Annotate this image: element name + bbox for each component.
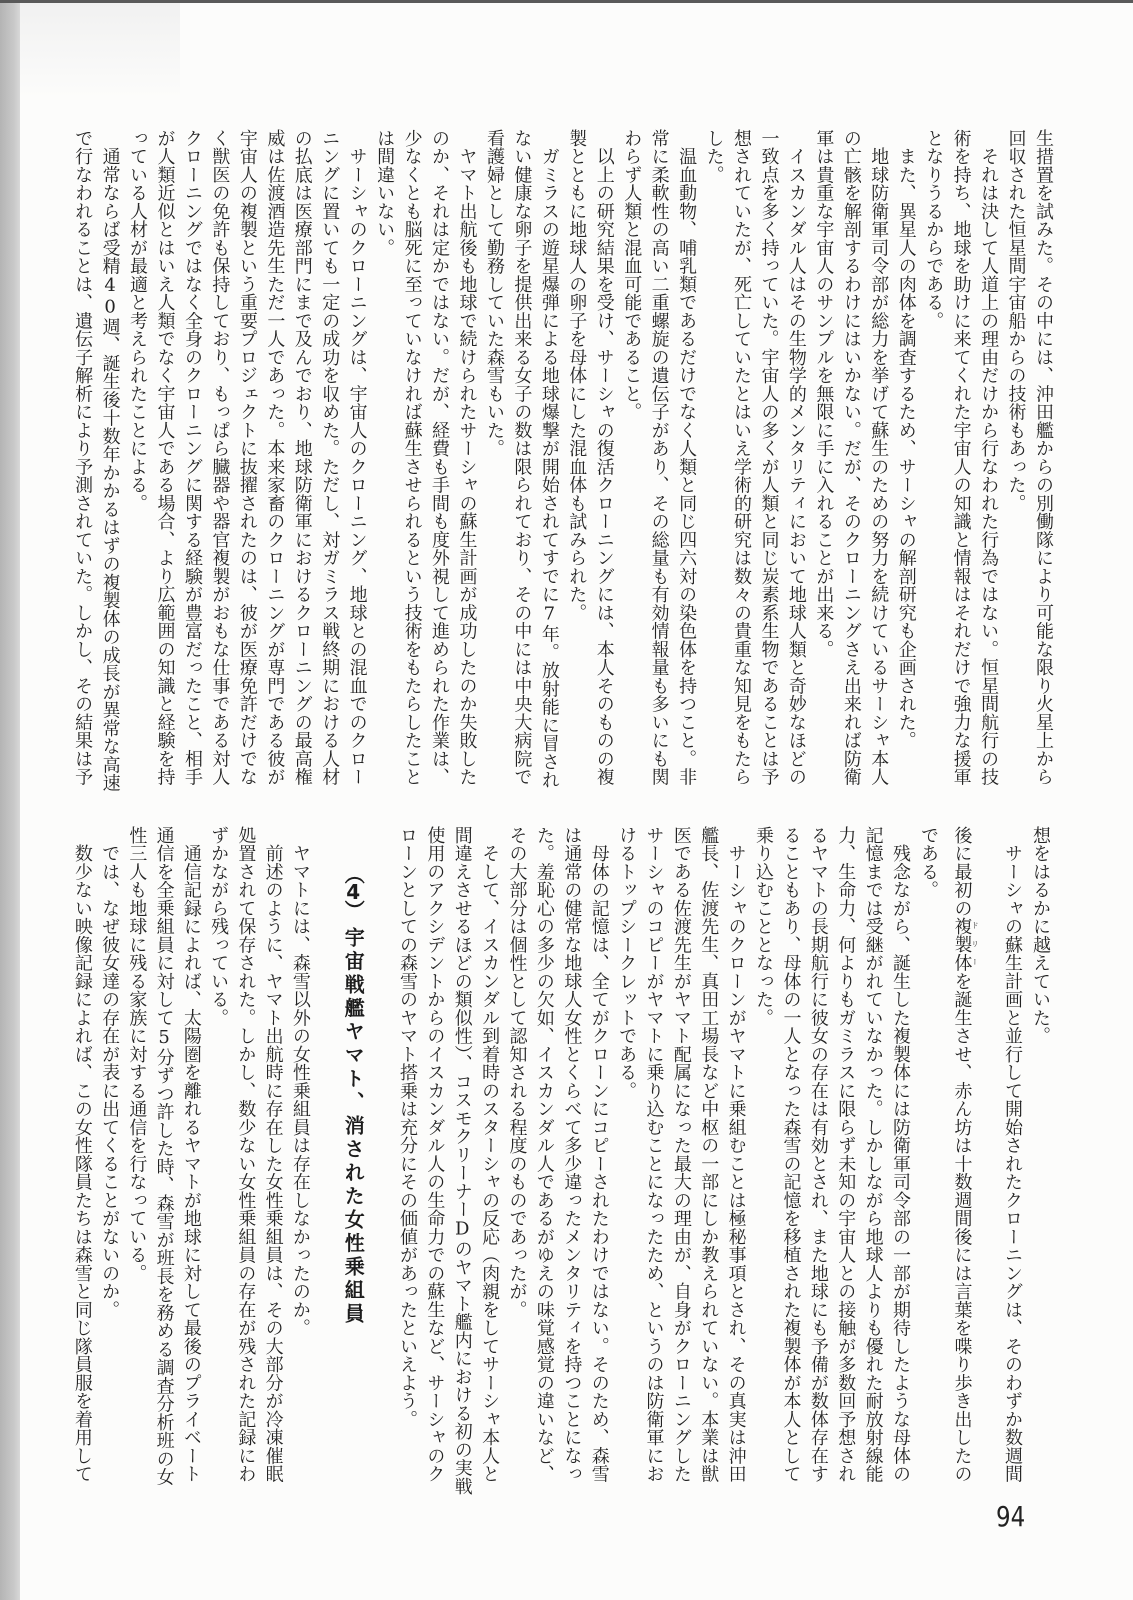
text-column: 以上の研究結果を受け、サーシャの復活クローニングには、本人そのものの複 — [590, 129, 617, 801]
text-column: 処置されて保存された。しかし、数少ない女性乗組員の存在が残された記録にわ — [232, 826, 259, 1498]
text-column: 数少ない映像記録によれば、この女性隊員たちは森雪と同じ隊員服を着用して — [69, 826, 96, 1498]
text-column: ヤマトには、森雪以外の女性乗組員は存在しなかったのか。 — [287, 826, 314, 1498]
text-column: クローニングではなく全身のクローニングに関する経験が豊富だったこと、相手 — [179, 129, 206, 801]
text-column: 使用のアクシデントからのイスカンダル人の生命力での蘇生など、サーシャのク — [421, 826, 448, 1498]
text-column: 宇宙人の複製という重要プロジェクトに抜擢されたのは、彼が医療免許だけでな — [233, 129, 260, 801]
text-column: 通常ならば受精40週、誕生後十数年かかるはずの複製体の成長が異常な高速 — [96, 129, 123, 801]
text-column: 想をはるかに越えていた。 — [1026, 826, 1054, 1498]
text-column: サーシャのコピーがヤマトに乗り込むことになったため、というのは防衛軍にお — [640, 826, 667, 1498]
text-column: 前述のように、ヤマト出航時に存在した女性乗組員は、その大部分が冷凍催眠 — [259, 826, 286, 1498]
text-column: サーシャのクローニングは、宇宙人のクローニング、地球との混血でのクロー — [343, 129, 370, 801]
text-column: た。羞恥心の多少の欠如、イスカンダル人であるがゆえの味覚感覚の違いなど、 — [531, 826, 558, 1498]
text-segment: 後に最初の — [952, 826, 973, 917]
text-column: 看護婦として勤務していた森雪もいた。 — [480, 129, 507, 801]
text-column: イスカンダル人はその生物学的メンタリティにおいて地球人類と奇妙なほどの — [782, 129, 809, 801]
text-column: その大部分は個性として認知される程度のものであったが。 — [503, 826, 530, 1498]
text-column: 間違えさせるほどの類似性）、コスモクリーナーDのヤマト艦内における初の実戦 — [448, 826, 475, 1498]
text-column: けるトップシークレットである。 — [613, 826, 640, 1498]
text-column: ヤマト出航後も地球で続けられたサーシャの蘇生計画が成功したのか失敗した — [453, 129, 480, 801]
text-column: それは決して人道上の理由だけから行なわれた行為ではない。恒星間航行の技 — [975, 129, 1002, 801]
text-column: るヤマトの長期航行に彼女の存在は有効とされ、また地球にも予備が数体存在す — [804, 826, 831, 1498]
text-column: 威は佐渡酒造先生ただ一人であった。本来家畜のクローニングが専門である彼が — [261, 129, 288, 801]
text-column: 想されていたが、死亡していたとはいえ学術的研究は数々の貴重な知見をもたら — [728, 129, 755, 801]
text-column: となりうるからである。 — [920, 129, 947, 801]
text-column: 記憶までは受継がれていなかった。しかしながら地球人よりも優れた耐放射線能 — [859, 826, 886, 1498]
bottom-text-section: 想をはるかに越えていた。 サーシャの蘇生計画と並行して開始されたクローニングは、… — [68, 826, 1054, 1506]
text-column: 母体の記憶は、全てがクローンにコピーされたわけではない。そのため、森雪 — [585, 826, 612, 1498]
text-segment: を誕生させ、赤ん坊は十数週間後には言葉を喋り歩き出したの — [952, 972, 973, 1483]
ruby-annotation: 複製体ドリー — [952, 917, 973, 972]
page-number: 94 — [996, 1500, 1025, 1533]
text-column: ずかながら残っている。 — [205, 826, 232, 1498]
section-heading-number: （4） — [338, 864, 368, 916]
text-column: が人類近似とはいえ人類でなく宇宙人である場合、より広範囲の知識と経験を持 — [151, 129, 178, 801]
text-column: わらず人類と混血可能であること。 — [618, 129, 645, 801]
text-column: 一致点を多く持っていた。宇宙人の多くが人類と同じ炭素系生物であることは予 — [755, 129, 782, 801]
text-column: サーシャの蘇生計画と並行して開始されたクローニングは、そのわずか数週間 — [998, 826, 1026, 1498]
text-column: 医である佐渡先生がヤマト配属になった最大の理由が、自身がクローニングした — [667, 826, 694, 1498]
text-column: ない健康な卵子を提供出来る女子の数は限られており、その中には中央大病院で — [508, 129, 535, 801]
text-column-with-ruby: 後に最初の複製体ドリーを誕生させ、赤ん坊は十数週間後には言葉を喋り歩き出したの — [951, 826, 979, 1498]
text-column: ニングに置いても一定の成功を収めた。ただし、対ガミラス戦終期における人材 — [316, 129, 343, 801]
text-column: 常に柔軟性の高い二重螺旋の遺伝子があり、その総量も有効情報量も多いにも関 — [645, 129, 672, 801]
text-column: ガミラスの遊星爆弾による地球爆撃が開始されてすでに7年。放射能に冒され — [535, 129, 562, 801]
text-column: 通信を全乗組員に対して5分ずつ許した時、森雪が班長を務める調査分析班の女 — [150, 826, 177, 1498]
text-column: の払底は医療部門にまで及んでおり、地球防衛軍におけるクローニングの最高権 — [288, 129, 315, 801]
scan-shading — [20, 3, 180, 98]
text-column: また、異星人の肉体を調査するため、サーシャの解剖研究も企画された。 — [892, 129, 919, 801]
ruby-text: ドリー — [971, 917, 980, 972]
text-column: は通常の健常な地球人女性とくらべて多少違ったメンタリティを持つことになっ — [558, 826, 585, 1498]
text-column: した。 — [700, 129, 727, 801]
top-text-section: 生措置を試みた。その中には、沖田艦からの別働隊により可能な限り火星上から 回収さ… — [68, 129, 1057, 809]
text-column: である。 — [914, 826, 942, 1498]
text-column: で行なわれることは、遺伝子解析により予測されていた。しかし、その結果は予 — [69, 129, 96, 801]
text-column: 残念ながら、誕生した複製体には防衛軍司令部の一部が期待したような母体の — [887, 826, 914, 1498]
text-column: サーシャのクローンがヤマトに乗組むことは極秘事項とされ、その真実は沖田 — [722, 826, 749, 1498]
section-heading-title: 宇宙戦艦ヤマト、消された女性乗組員 — [341, 927, 365, 1327]
text-column: 温血動物、哺乳類であるだけでなく人類と同じ四六対の染色体を持つこと。非 — [673, 129, 700, 801]
section-heading: （4）宇宙戦艦ヤマト、消された女性乗組員 — [338, 826, 368, 1498]
text-column: 通信記録によれば、太陽圏を離れるヤマトが地球に対して最後のプライベート — [178, 826, 205, 1498]
text-column: 艦長、佐渡先生、真田工場長など中枢の一部にしか教えられていない。本業は獣 — [695, 826, 722, 1498]
text-column: 乗り込むこととなった。 — [750, 826, 777, 1498]
ruby-base: 複製体 — [952, 917, 973, 972]
text-column: そして、イスカンダル到着時のスターシャの反応（肉親をしてサーシャ本人と — [476, 826, 503, 1498]
text-column: 少なくとも脳死に至っていなければ蘇生させられるという技術をもたらしたこと — [398, 129, 425, 801]
text-column: く獣医の免許も保持しており、もっぱら臓器や器官複製がおもな仕事である対人 — [206, 129, 233, 801]
text-column: 力、生命力、何よりもガミラスに限らず未知の宇宙人との接触が多数回予想され — [832, 826, 859, 1498]
text-column: 製とともに地球人の卵子を母体にした混血体も試みられた。 — [563, 129, 590, 801]
scan-edge-left — [0, 0, 20, 1600]
text-column: では、なぜ彼女達の存在が表に出てくることがないのか。 — [96, 826, 123, 1498]
text-column: 軍は貴重な宇宙人のサンプルを無限に手に入れることが出来る。 — [810, 129, 837, 801]
text-column: のか、それは定かではない。だが、経費も手間も度外視して進められた作業は、 — [426, 129, 453, 801]
text-column: 性三人も地球に残る家族に対する通信を行なっている。 — [123, 826, 150, 1498]
text-column: 術を持ち、地球を助けに来てくれた宇宙人の知識と情報はそれだけで強力な援軍 — [947, 129, 974, 801]
text-column: ることもあり、母体の一人となった森雪の記憶を移植された複製体が本人として — [777, 826, 804, 1498]
text-column: っている人材が最適と考えられたことによる。 — [124, 129, 151, 801]
text-column: 生措置を試みた。その中には、沖田艦からの別働隊により可能な限り火星上から — [1030, 129, 1057, 801]
text-column: 回収された恒星間宇宙船からの技術もあった。 — [1002, 129, 1029, 801]
text-column: の亡骸を解剖するわけにはいかない。だが、そのクローニングさえ出来れば防衛 — [837, 129, 864, 801]
text-column: ローンとしての森雪のヤマト搭乗は充分にその価値があったといえよう。 — [394, 826, 421, 1498]
text-column: 地球防衛軍司令部が総力を挙げて蘇生のための努力を続けているサーシャ本人 — [865, 129, 892, 801]
text-column: は間違いない。 — [371, 129, 398, 801]
